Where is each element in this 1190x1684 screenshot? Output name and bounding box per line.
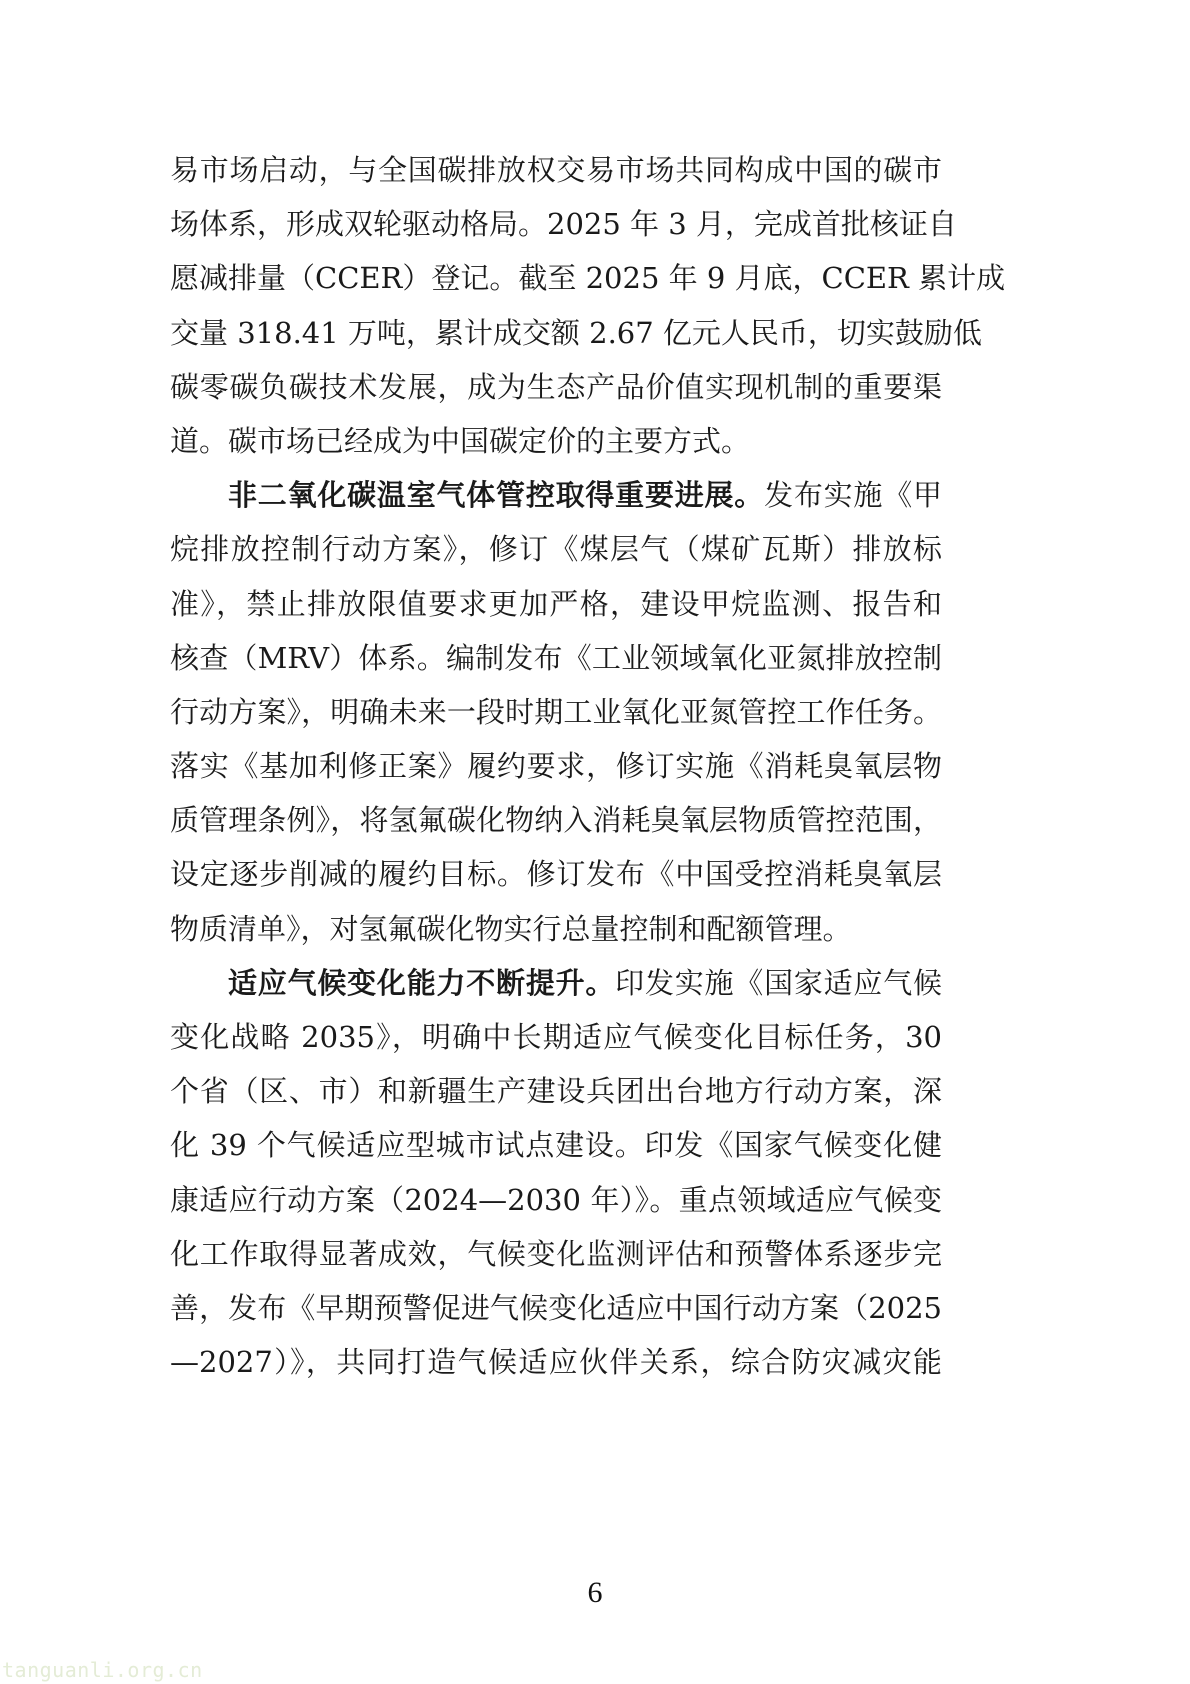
text-segment: 发布实施《甲: [764, 478, 942, 512]
text-line: 适应气候变化能力不断提升。印发实施《国家适应气候: [170, 956, 942, 1010]
text-line: 设定逐步削减的履约目标。修订发布《中国受控消耗臭氧层: [170, 847, 942, 901]
text-line: 易市场启动，与全国碳排放权交易市场共同构成中国的碳市: [170, 143, 942, 197]
text-line: 准》，禁止排放限值要求更加严格，建设甲烷监测、报告和: [170, 577, 942, 631]
paragraph-non-co2-ghg: 非二氧化碳温室气体管控取得重要进展。发布实施《甲 烷排放控制行动方案》，修订《煤…: [170, 468, 942, 956]
text-line: 质管理条例》，将氢氟碳化物纳入消耗臭氧层物质管控范围，: [170, 793, 942, 847]
watermark: tanguanli.org.cn: [2, 1658, 203, 1682]
text-line: 康适应行动方案（2024—2030 年）》。重点领域适应气候变: [170, 1173, 942, 1227]
text-line: 行动方案》，明确未来一段时期工业氧化亚氮管控工作任务。: [170, 685, 942, 739]
text-line: 变化战略 2035》，明确中长期适应气候变化目标任务，30: [170, 1010, 942, 1064]
text-line: 落实《基加利修正案》履约要求，修订实施《消耗臭氧层物: [170, 739, 942, 793]
paragraph-lead-heading: 非二氧化碳温室气体管控取得重要进展。: [228, 478, 764, 512]
text-line: 非二氧化碳温室气体管控取得重要进展。发布实施《甲: [170, 468, 942, 522]
text-line: 愿减排量（CCER）登记。截至 2025 年 9 月底，CCER 累计成: [170, 251, 942, 305]
text-line: —2027）》，共同打造气候适应伙伴关系，综合防灾减灾能: [170, 1335, 942, 1389]
text-segment: 印发实施《国家适应气候: [615, 966, 942, 1000]
paragraph-climate-adaptation: 适应气候变化能力不断提升。印发实施《国家适应气候 变化战略 2035》，明确中长…: [170, 956, 942, 1390]
text-line: 碳零碳负碳技术发展，成为生态产品价值实现机制的重要渠: [170, 360, 942, 414]
body-text: 易市场启动，与全国碳排放权交易市场共同构成中国的碳市 场体系，形成双轮驱动格局。…: [170, 143, 942, 1389]
text-line: 个省（区、市）和新疆生产建设兵团出台地方行动方案，深: [170, 1064, 942, 1118]
text-line: 化 39 个气候适应型城市试点建设。印发《国家气候变化健: [170, 1118, 942, 1172]
text-line: 化工作取得显著成效，气候变化监测评估和预警体系逐步完: [170, 1227, 942, 1281]
page-number: 6: [0, 1576, 1190, 1610]
text-line: 善，发布《早期预警促进气候变化适应中国行动方案（2025: [170, 1281, 942, 1335]
paragraph-lead-heading: 适应气候变化能力不断提升。: [228, 966, 615, 1000]
paragraph-carbon-market: 易市场启动，与全国碳排放权交易市场共同构成中国的碳市 场体系，形成双轮驱动格局。…: [170, 143, 942, 468]
text-line: 道。碳市场已经成为中国碳定价的主要方式。: [170, 414, 942, 468]
text-line: 交量 318.41 万吨，累计成交额 2.67 亿元人民币，切实鼓励低: [170, 306, 942, 360]
document-page: 易市场启动，与全国碳排放权交易市场共同构成中国的碳市 场体系，形成双轮驱动格局。…: [0, 0, 1190, 1684]
text-line: 场体系，形成双轮驱动格局。2025 年 3 月，完成首批核证自: [170, 197, 942, 251]
text-line: 核查（MRV）体系。编制发布《工业领域氧化亚氮排放控制: [170, 631, 942, 685]
text-line: 物质清单》，对氢氟碳化物实行总量控制和配额管理。: [170, 902, 942, 956]
text-line: 烷排放控制行动方案》，修订《煤层气（煤矿瓦斯）排放标: [170, 522, 942, 576]
